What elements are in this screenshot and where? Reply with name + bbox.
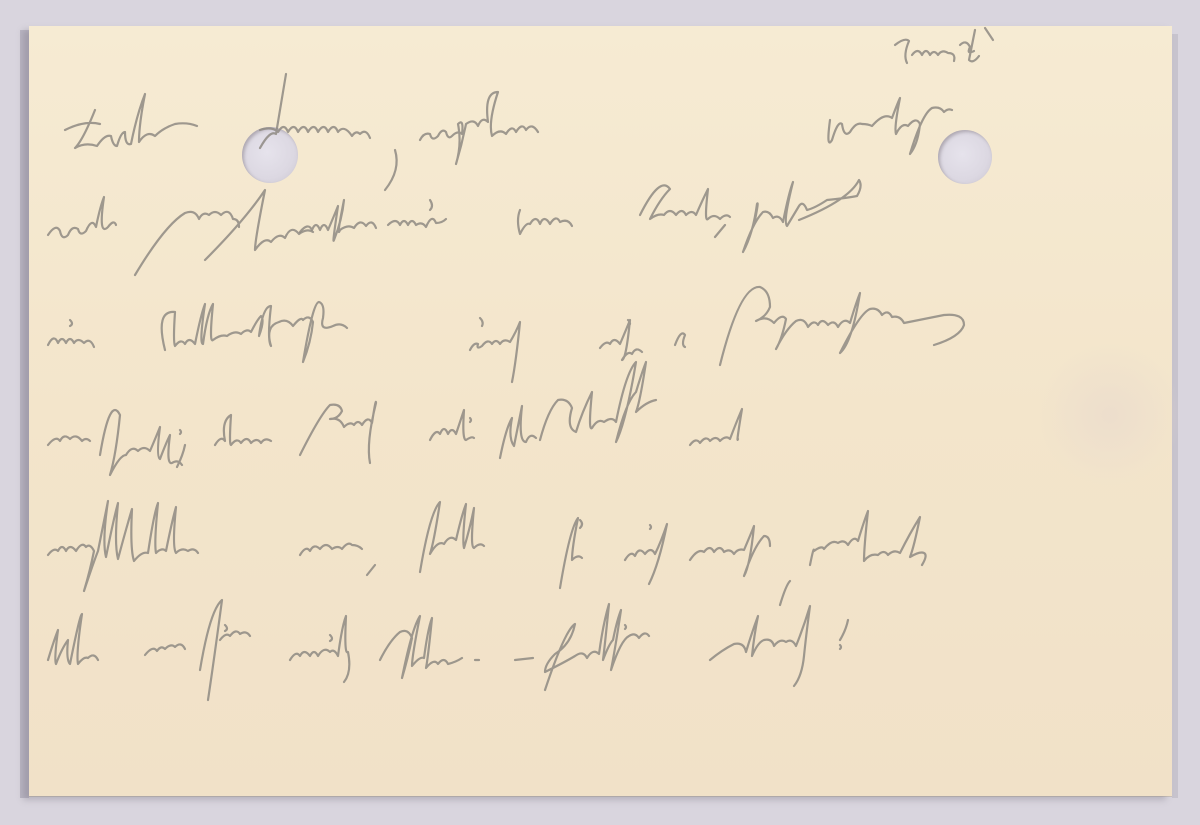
handwritten-line-1: Lieber Hermann, verbindlichsten Dank für [60, 108, 797, 148]
margin-note: Fritz alt [895, 28, 984, 53]
handwritten-line-4: versprochen; da dein Brief mit der Adres… [45, 415, 858, 455]
handwritten-line-5: eingeschlossen war, hatte sie nicht gena… [45, 520, 775, 560]
card-shadow-left [20, 30, 29, 798]
handwritten-line-2: nächst allein auf nicht an deinen Brief,… [45, 205, 939, 245]
handwritten-line-6: daß er für mich gehört. – Herzlichen Dan… [45, 630, 791, 670]
paper-stain [1040, 340, 1180, 490]
punch-hole-right [938, 130, 992, 184]
handwritten-line-3: hier Nachsendungen übergeben wird die Zw… [45, 310, 991, 350]
